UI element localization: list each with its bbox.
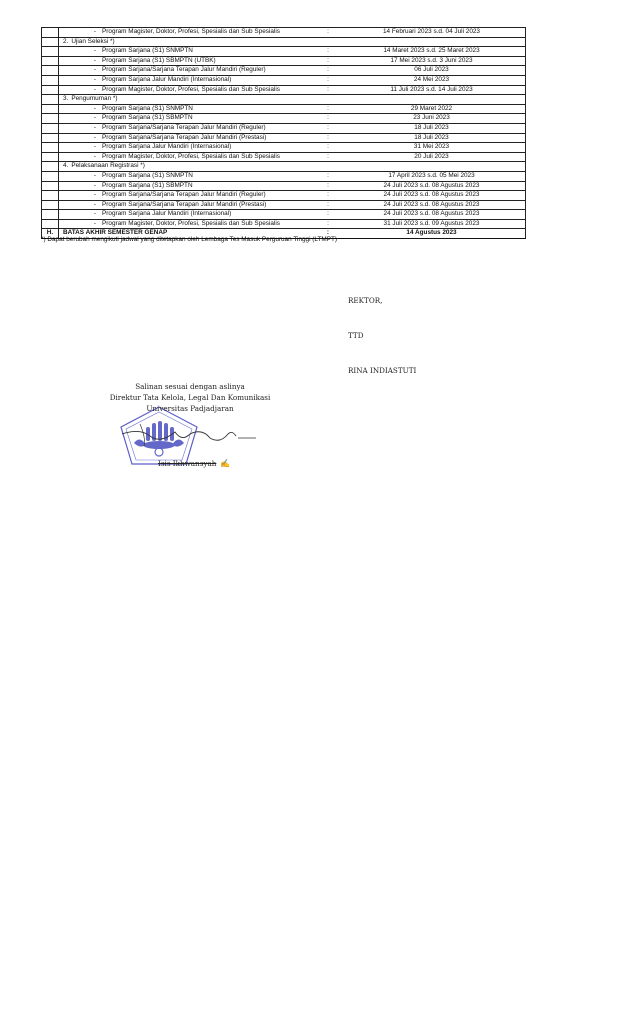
row-label-cell: -Program Sarjana Jalur Mandiri (Internas… <box>59 143 319 153</box>
row-colon: : <box>318 143 338 153</box>
row-number <box>42 75 59 85</box>
table-row: -Program Sarjana/Sarjana Terapan Jalur M… <box>42 200 526 210</box>
table-row: -Program Sarjana (S1) SNMPTN:29 Maret 20… <box>42 104 526 114</box>
section-header-row: 2.Ujian Seleksi *) <box>42 37 526 47</box>
row-date: 11 Juli 2023 s.d. 14 Juli 2023 <box>338 85 526 95</box>
row-label: Pelaksanaan Registrasi *) <box>71 162 145 169</box>
bullet-dash: - <box>91 220 99 229</box>
row-number <box>42 47 59 57</box>
row-number <box>42 181 59 191</box>
row-number <box>42 104 59 114</box>
bullet-dash: - <box>91 124 99 133</box>
signature-title: REKTOR, <box>348 296 382 305</box>
row-date: 20 Juli 2023 <box>338 152 526 162</box>
table-row: -Program Sarjana/Sarjana Terapan Jalur M… <box>42 133 526 143</box>
row-date: 17 April 2023 s.d. 05 Mei 2023 <box>338 171 526 181</box>
table-row: -Program Sarjana (S1) SBMPTN:23 Juni 202… <box>42 114 526 124</box>
signature-name: RINA INDIASTUTI <box>348 366 416 375</box>
row-label-cell: -Program Magister, Doktor, Profesi, Spes… <box>59 219 319 229</box>
bullet-dash: - <box>91 76 99 85</box>
section-header-row: 4.Pelaksanaan Registrasi *) <box>42 162 526 172</box>
bullet-dash: - <box>91 66 99 75</box>
row-colon: : <box>318 56 338 66</box>
bullet-dash: - <box>91 28 99 37</box>
row-label: Program Magister, Doktor, Profesi, Spesi… <box>102 28 280 35</box>
row-date <box>338 37 526 47</box>
table-row: -Program Sarjana (S1) SNMPTN:17 April 20… <box>42 171 526 181</box>
row-colon: : <box>318 133 338 143</box>
row-colon: : <box>318 28 338 38</box>
row-label-cell: -Program Magister, Doktor, Profesi, Spes… <box>59 85 319 95</box>
row-label-cell: -Program Sarjana/Sarjana Terapan Jalur M… <box>59 123 319 133</box>
row-label: Program Sarjana (S1) SNMPTN <box>102 172 193 179</box>
table-row: -Program Sarjana (S1) SBMPTN:24 Juli 202… <box>42 181 526 191</box>
row-date <box>338 95 526 105</box>
bullet-dash: - <box>91 201 99 210</box>
row-date: 14 Februari 2023 s.d. 04 Juli 2023 <box>338 28 526 38</box>
row-label: Program Sarjana (S1) SBMPTN (UTBK) <box>102 57 216 64</box>
row-colon: : <box>318 171 338 181</box>
row-colon: : <box>318 75 338 85</box>
table-row: -Program Sarjana/Sarjana Terapan Jalur M… <box>42 191 526 201</box>
row-date: 06 Juli 2023 <box>338 66 526 76</box>
row-label: Program Sarjana/Sarjana Terapan Jalur Ma… <box>102 201 266 208</box>
row-date: 14 Agustus 2023 <box>338 229 526 239</box>
row-date: 31 Juli 2023 s.d. 09 Agustus 2023 <box>338 219 526 229</box>
schedule-table: -Program Magister, Doktor, Profesi, Spes… <box>41 27 526 239</box>
row-number <box>42 162 59 172</box>
row-label-cell: -Program Sarjana Jalur Mandiri (Internas… <box>59 75 319 85</box>
row-label: Program Sarjana (S1) SNMPTN <box>102 105 193 112</box>
certified-copy-line1: Salinan sesuai dengan aslinya <box>90 381 290 392</box>
table-row: -Program Magister, Doktor, Profesi, Spes… <box>42 152 526 162</box>
table-row: -Program Sarjana (S1) SNMPTN:14 Maret 20… <box>42 47 526 57</box>
handwritten-signature-icon <box>120 420 260 450</box>
row-colon <box>318 95 338 105</box>
row-label: Program Sarjana Jalur Mandiri (Internasi… <box>102 143 231 150</box>
bullet-dash: - <box>91 134 99 143</box>
table-row: -Program Sarjana Jalur Mandiri (Internas… <box>42 75 526 85</box>
row-colon: : <box>318 66 338 76</box>
row-number <box>42 200 59 210</box>
row-number <box>42 152 59 162</box>
row-label: Pengumuman *) <box>71 95 117 102</box>
row-colon: : <box>318 152 338 162</box>
row-date: 24 Juli 2023 s.d. 08 Agustus 2023 <box>338 191 526 201</box>
row-label: Program Magister, Doktor, Profesi, Spesi… <box>102 153 280 160</box>
row-colon: : <box>318 104 338 114</box>
certified-copy-signer: Isis Ikhwansyah✍ <box>158 459 230 468</box>
row-label: Program Sarjana Jalur Mandiri (Internasi… <box>102 210 231 217</box>
row-colon <box>318 162 338 172</box>
table-row: -Program Sarjana/Sarjana Terapan Jalur M… <box>42 66 526 76</box>
row-label: Program Sarjana (S1) SBMPTN <box>102 114 193 121</box>
bullet-dash: - <box>91 191 99 200</box>
bullet-dash: - <box>91 153 99 162</box>
bullet-dash: - <box>91 210 99 219</box>
row-colon: : <box>318 210 338 220</box>
row-number <box>42 28 59 38</box>
row-number <box>42 143 59 153</box>
row-label-cell: -Program Sarjana (S1) SBMPTN <box>59 114 319 124</box>
signer-name: Isis Ikhwansyah <box>158 459 216 468</box>
section-header-row: 3.Pengumuman *) <box>42 95 526 105</box>
row-number <box>42 171 59 181</box>
row-date: 18 Juli 2023 <box>338 133 526 143</box>
bullet-dash: - <box>91 143 99 152</box>
row-number <box>42 85 59 95</box>
row-label-cell: -Program Sarjana/Sarjana Terapan Jalur M… <box>59 66 319 76</box>
bullet-dash: - <box>91 57 99 66</box>
table-row: -Program Sarjana (S1) SBMPTN (UTBK):17 M… <box>42 56 526 66</box>
row-label-cell: -Program Sarjana (S1) SBMPTN (UTBK) <box>59 56 319 66</box>
row-label: Program Sarjana Jalur Mandiri (Internasi… <box>102 76 231 83</box>
row-label: Program Sarjana/Sarjana Terapan Jalur Ma… <box>102 191 266 198</box>
row-date: 24 Juli 2023 s.d. 08 Agustus 2023 <box>338 210 526 220</box>
row-label-cell: 3.Pengumuman *) <box>59 95 319 105</box>
row-colon: : <box>318 114 338 124</box>
row-number <box>42 37 59 47</box>
row-label: Program Magister, Doktor, Profesi, Spesi… <box>102 86 280 93</box>
row-colon: : <box>318 123 338 133</box>
table-row: -Program Sarjana/Sarjana Terapan Jalur M… <box>42 123 526 133</box>
signature-mark: TTD <box>348 331 363 340</box>
document-page: -Program Magister, Doktor, Profesi, Spes… <box>0 0 622 1024</box>
row-date: 31 Mei 2023 <box>338 143 526 153</box>
pen-icon: ✍ <box>220 459 230 468</box>
certified-copy-line2: Direktur Tata Kelola, Legal Dan Komunika… <box>90 392 290 403</box>
row-label: Program Sarjana/Sarjana Terapan Jalur Ma… <box>102 134 266 141</box>
row-label-cell: -Program Sarjana/Sarjana Terapan Jalur M… <box>59 133 319 143</box>
row-date: 23 Juni 2023 <box>338 114 526 124</box>
row-colon: : <box>318 200 338 210</box>
row-number <box>42 219 59 229</box>
row-label-cell: -Program Sarjana (S1) SNMPTN <box>59 171 319 181</box>
bullet-dash: - <box>91 172 99 181</box>
section-index: 2. <box>63 38 68 47</box>
row-colon: : <box>318 47 338 57</box>
row-colon: : <box>318 85 338 95</box>
row-label: Program Sarjana/Sarjana Terapan Jalur Ma… <box>102 124 266 131</box>
row-number <box>42 66 59 76</box>
row-label: Program Sarjana (S1) SNMPTN <box>102 47 193 54</box>
certified-copy-line3: Universitas Padjadjaran <box>90 403 290 414</box>
footnote: *) Dapat berubah mengikuti jadwal yang d… <box>41 236 337 243</box>
table-row: -Program Sarjana Jalur Mandiri (Internas… <box>42 143 526 153</box>
row-label-cell: -Program Sarjana (S1) SNMPTN <box>59 104 319 114</box>
row-number <box>42 210 59 220</box>
row-date: 17 Mei 2023 s.d. 3 Juni 2023 <box>338 56 526 66</box>
row-label-cell: -Program Sarjana (S1) SBMPTN <box>59 181 319 191</box>
row-number <box>42 114 59 124</box>
row-label: Program Sarjana/Sarjana Terapan Jalur Ma… <box>102 66 266 73</box>
row-label-cell: 2.Ujian Seleksi *) <box>59 37 319 47</box>
table-row: -Program Magister, Doktor, Profesi, Spes… <box>42 85 526 95</box>
bullet-dash: - <box>91 182 99 191</box>
row-date: 18 Juli 2023 <box>338 123 526 133</box>
bullet-dash: - <box>91 114 99 123</box>
row-date: 24 Juli 2023 s.d. 08 Agustus 2023 <box>338 200 526 210</box>
bullet-dash: - <box>91 105 99 114</box>
row-colon: : <box>318 219 338 229</box>
bullet-dash: - <box>91 86 99 95</box>
row-label-cell: -Program Sarjana Jalur Mandiri (Internas… <box>59 210 319 220</box>
row-number <box>42 191 59 201</box>
row-colon: : <box>318 191 338 201</box>
row-colon <box>318 37 338 47</box>
row-label-cell: 4.Pelaksanaan Registrasi *) <box>59 162 319 172</box>
bullet-dash: - <box>91 47 99 56</box>
row-label-cell: -Program Sarjana/Sarjana Terapan Jalur M… <box>59 191 319 201</box>
row-number <box>42 56 59 66</box>
table-row: -Program Magister, Doktor, Profesi, Spes… <box>42 219 526 229</box>
row-label: Program Sarjana (S1) SBMPTN <box>102 182 193 189</box>
row-date <box>338 162 526 172</box>
row-date: 29 Maret 2022 <box>338 104 526 114</box>
section-index: 3. <box>63 95 68 104</box>
row-date: 24 Mei 2023 <box>338 75 526 85</box>
row-date: 14 Maret 2023 s.d. 25 Maret 2023 <box>338 47 526 57</box>
row-label: Program Magister, Doktor, Profesi, Spesi… <box>102 220 280 227</box>
row-colon: : <box>318 181 338 191</box>
row-number <box>42 95 59 105</box>
row-date: 24 Juli 2023 s.d. 08 Agustus 2023 <box>338 181 526 191</box>
section-index: 4. <box>63 162 68 171</box>
row-number <box>42 123 59 133</box>
row-label: Ujian Seleksi *) <box>71 38 114 45</box>
row-label-cell: -Program Magister, Doktor, Profesi, Spes… <box>59 28 319 38</box>
table-row: -Program Magister, Doktor, Profesi, Spes… <box>42 28 526 38</box>
row-label-cell: -Program Sarjana (S1) SNMPTN <box>59 47 319 57</box>
row-number <box>42 133 59 143</box>
row-label-cell: -Program Sarjana/Sarjana Terapan Jalur M… <box>59 200 319 210</box>
row-label-cell: -Program Magister, Doktor, Profesi, Spes… <box>59 152 319 162</box>
table-row: -Program Sarjana Jalur Mandiri (Internas… <box>42 210 526 220</box>
certified-copy-block: Salinan sesuai dengan aslinya Direktur T… <box>90 381 290 414</box>
